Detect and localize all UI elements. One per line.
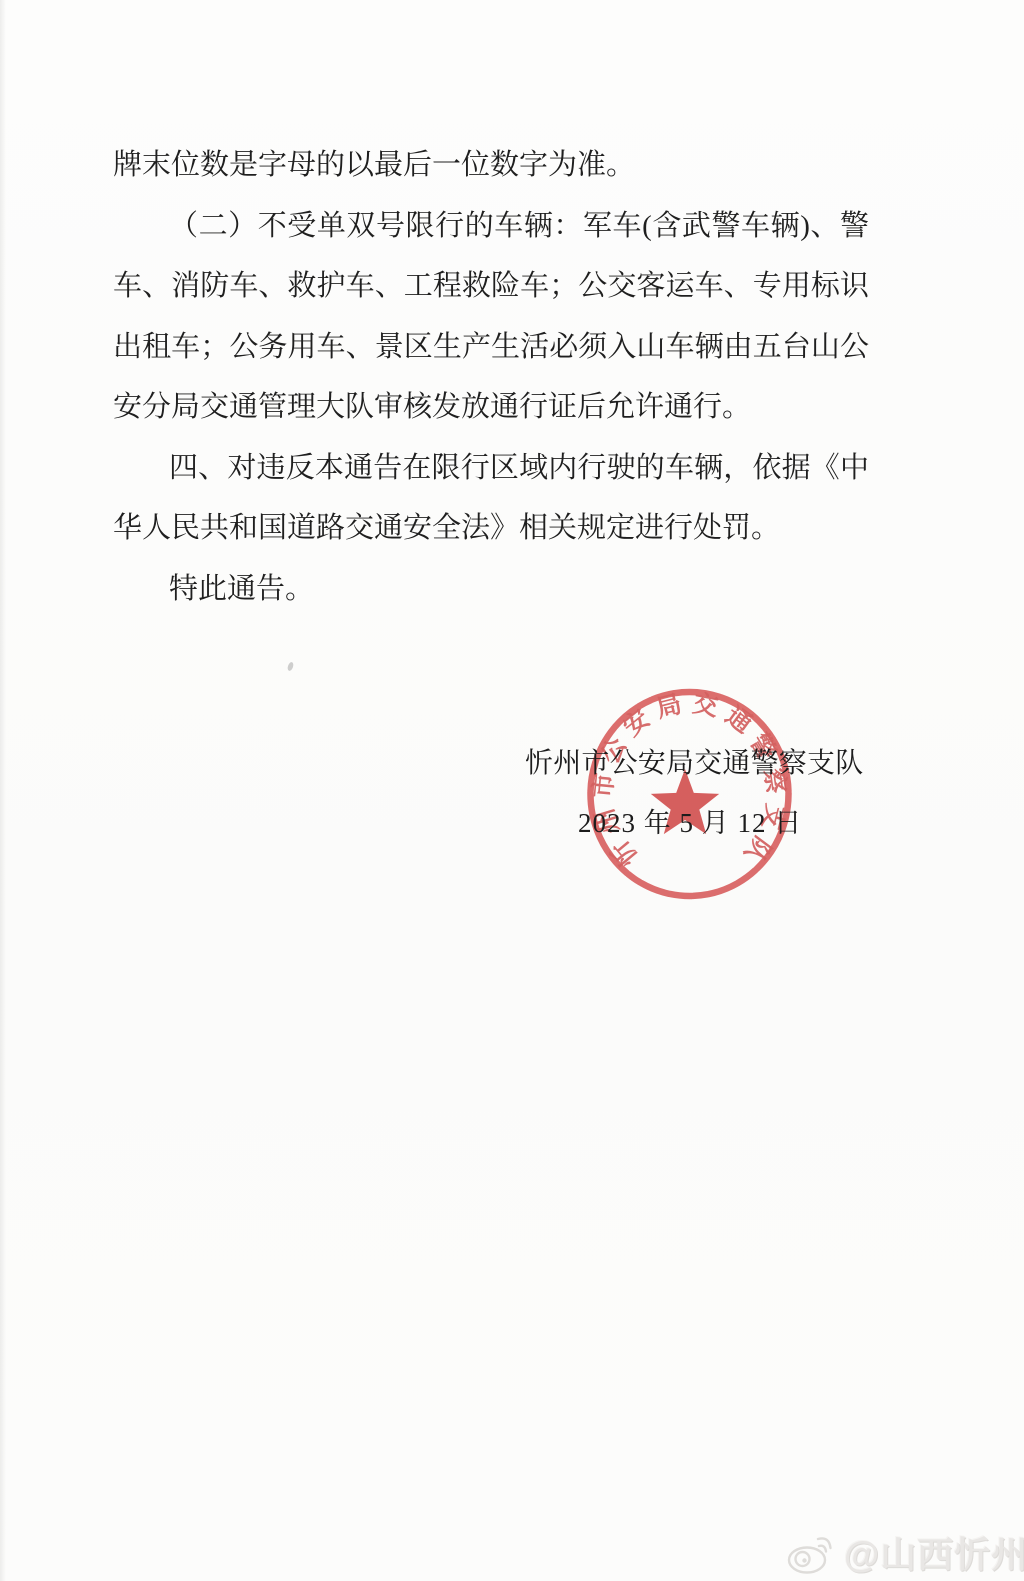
body-line: 四、对违反本通告在限行区域内行驶的车辆，依据《中 [113, 438, 869, 499]
scanned-notice-page: 牌末位数是字母的以最后一位数字为准。 （二）不受单双号限行的车辆：军车(含武警车… [0, 0, 1024, 1581]
signature-date: 2023 年 5 月 12 日 [578, 801, 802, 840]
body-line: 特此通告。 [113, 559, 869, 620]
watermark-text: @山西忻州交警 [844, 1527, 1024, 1578]
body-line: 车、消防车、救护车、工程救险车；公交客运车、专用标识 [113, 256, 869, 317]
scan-speck [287, 661, 295, 671]
body-line: 华人民共和国道路交通安全法》相关规定进行处罚。 [113, 498, 869, 559]
body-line: 安分局交通管理大队审核发放通行证后允许通行。 [113, 377, 869, 438]
weibo-icon [785, 1529, 839, 1577]
body-line: 牌末位数是字母的以最后一位数字为准。 [113, 135, 869, 196]
body-line: （二）不受单双号限行的车辆：军车(含武警车辆)、警 [113, 196, 869, 257]
official-seal: 忻州市公安局交通警察支队 [586, 683, 794, 911]
signature-organization: 忻州市公安局交通警察支队 [525, 741, 863, 781]
watermark: @山西忻州交警 [785, 1527, 1024, 1578]
notice-body: 牌末位数是字母的以最后一位数字为准。 （二）不受单双号限行的车辆：军车(含武警车… [113, 135, 869, 619]
body-line: 出租车；公务用车、景区生产生活必须入山车辆由五台山公 [113, 317, 869, 378]
